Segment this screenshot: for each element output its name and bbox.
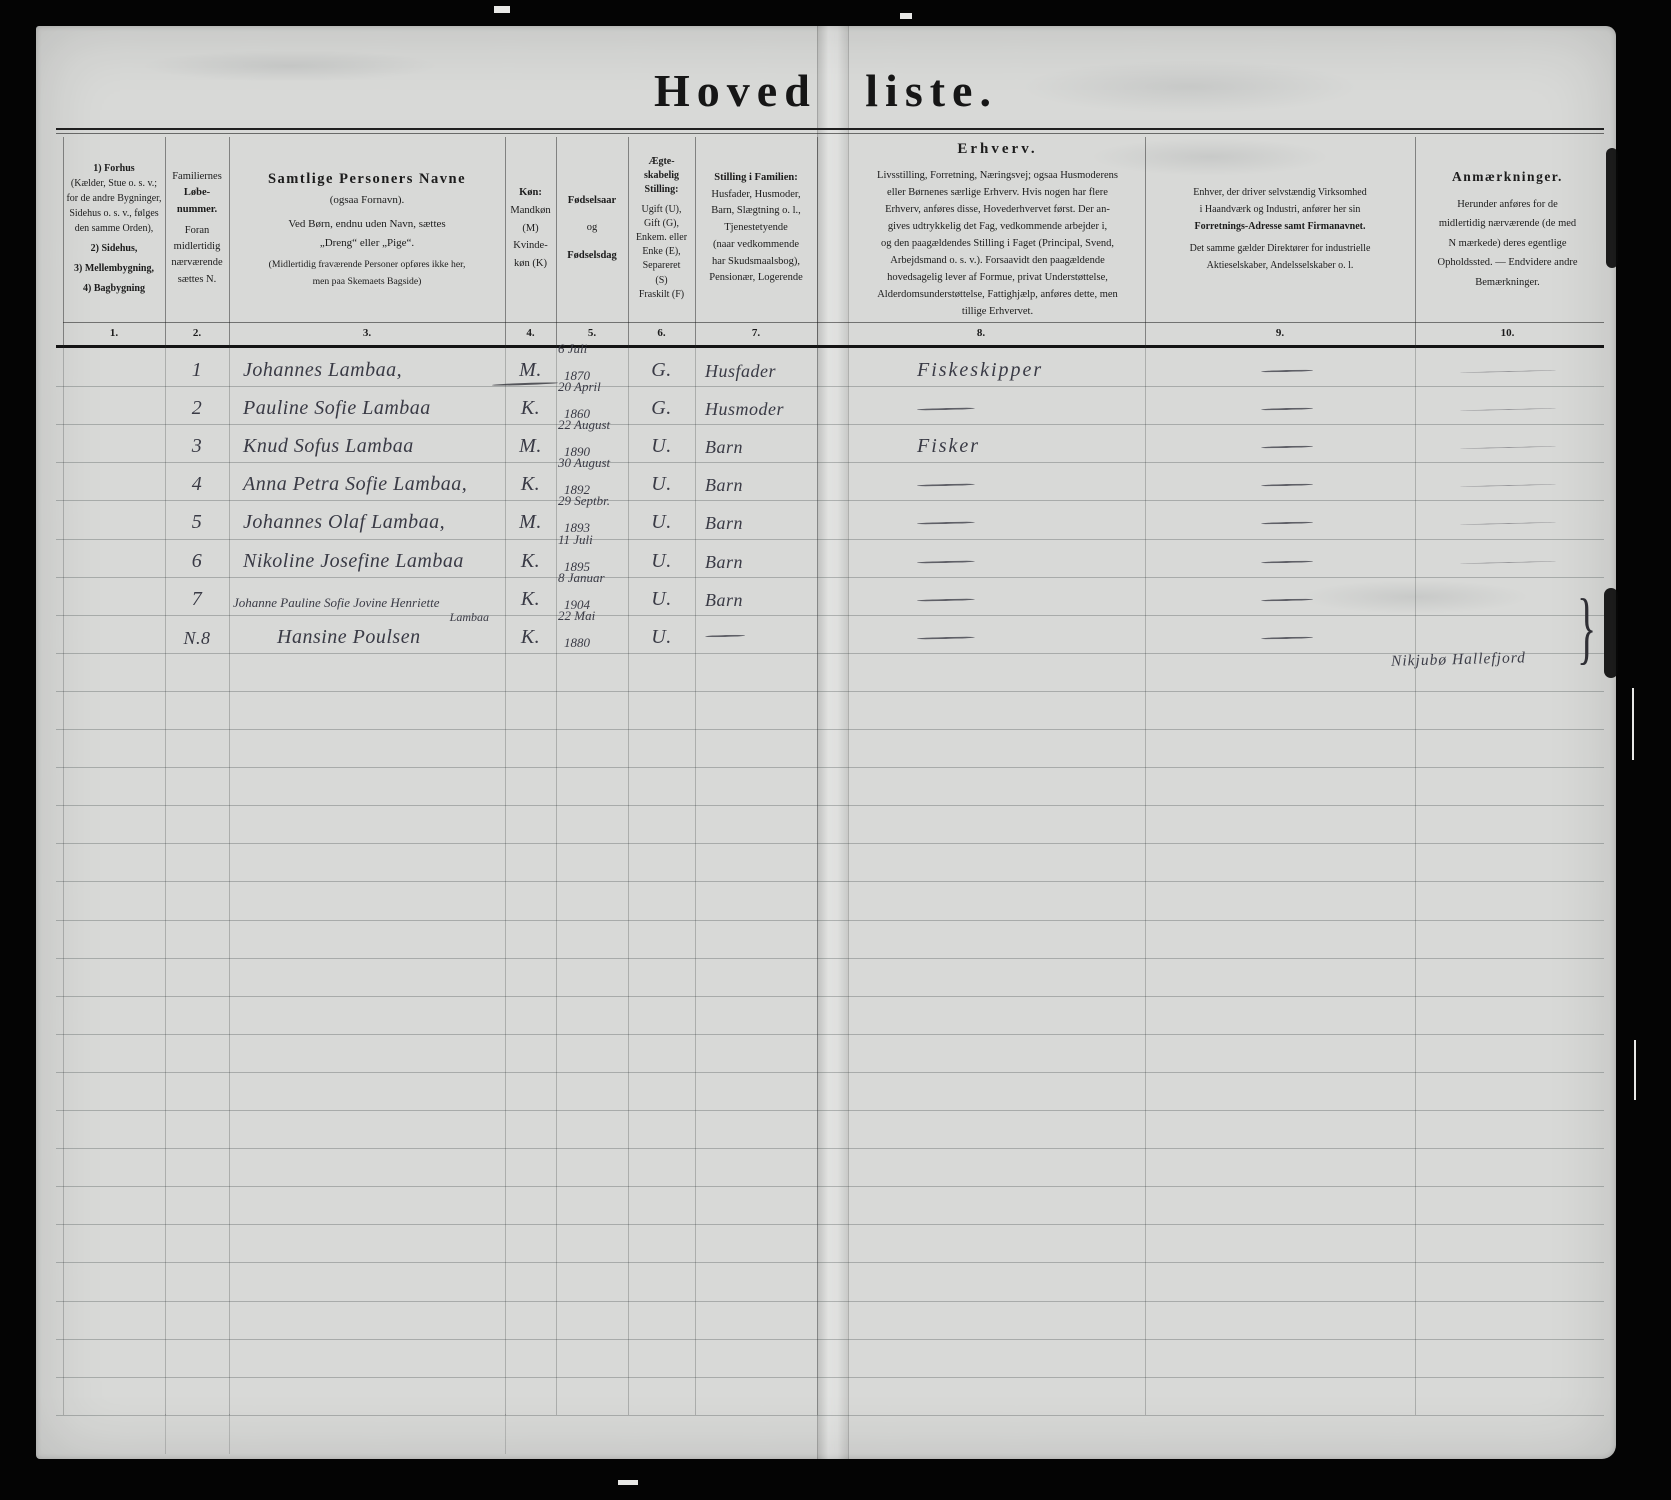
family-position-cell: Barn <box>695 462 819 500</box>
birth-day-month: 30 August <box>558 455 610 471</box>
header-line-anmaerkninger: Bemærkninger. <box>1416 273 1599 292</box>
family-position-cell: Husmoder <box>695 386 819 424</box>
name-cell: Anna Petra Sofie Lambaa, <box>229 462 529 500</box>
column-number-1: 1. <box>63 322 165 345</box>
header-line-stilling-i-familien: (naar vedkommende <box>696 237 816 254</box>
header-line-forretningsadresse: Enhver, der driver selvstændig Virksomhe… <box>1146 184 1414 201</box>
handwritten-dash <box>1261 560 1313 563</box>
sex-cell: K. <box>505 462 556 500</box>
birth-day-month: 20 April <box>558 379 601 395</box>
handwritten-dash <box>917 598 975 601</box>
family-number-cell: 7 <box>165 577 229 615</box>
occupation-cell: Fisker <box>817 424 1145 462</box>
family-number-cell: 2 <box>165 386 229 424</box>
header-line-aegteskabelig: Gift (G), <box>629 217 694 231</box>
occupation-cell <box>817 386 1145 424</box>
census-row-5: 5Johannes Olaf Lambaa,M.29 Septbr.1893U.… <box>0 500 1671 538</box>
handwritten-dash <box>917 636 975 639</box>
name-cell: Hansine Poulsen <box>229 615 529 653</box>
handwritten-dash <box>1460 560 1556 563</box>
column-header-stilling-i-familien: Stilling i Familien:Husfader, Husmoder,B… <box>695 137 817 320</box>
column-header-forretningsadresse: Enhver, der driver selvstændig Virksomhe… <box>1145 137 1415 320</box>
census-row-4: 4Anna Petra Sofie Lambaa,K.30 August1892… <box>0 462 1671 500</box>
ruled-line <box>56 1148 1604 1149</box>
birth-day-month: 8 Januar <box>558 570 605 586</box>
marital-status-cell: G. <box>628 348 695 386</box>
scan-artifact <box>1632 688 1634 760</box>
header-line-stilling-i-familien: Stilling i Familien: <box>696 170 816 187</box>
header-line-bygning: den samme Orden), <box>64 221 164 236</box>
ruled-line <box>56 1110 1604 1111</box>
census-row-3: 3Knud Sofus LambaaM.22 August1890U.BarnF… <box>0 424 1671 462</box>
header-line-navne: Ved Børn, endnu uden Navn, sættes <box>230 215 504 234</box>
header-line-erhverv: Alderdomsunderstøttelse, Fattighjælp, an… <box>851 286 1144 303</box>
header-line-erhverv: Erhverv. <box>851 137 1144 161</box>
business-address-cell <box>1145 500 1415 538</box>
header-line-forretningsadresse: Aktieselskaber, Andelsselskaber o. l. <box>1146 257 1414 274</box>
header-line-stilling-i-familien: Husfader, Husmoder, <box>696 187 816 204</box>
ruled-line <box>56 1415 1604 1416</box>
header-line-lobenummer: Løbe- <box>166 185 228 201</box>
column-line-tail <box>229 1414 230 1454</box>
header-line-aegteskabelig: Enke (E), <box>629 245 694 259</box>
birth-day-month: 22 August <box>558 417 610 433</box>
header-line-navne: (ogsaa Fornavn). <box>230 191 504 210</box>
remarks-cell <box>1415 424 1600 462</box>
birth-day-month: 29 Septbr. <box>558 493 610 509</box>
header-line-aegteskabelig: Ugift (U), <box>629 203 694 217</box>
header-line-aegteskabelig: Stilling: <box>629 183 694 197</box>
handwritten-dash <box>1460 522 1556 525</box>
handwritten-dash <box>1261 636 1313 639</box>
title-rule-thick <box>56 128 1604 130</box>
handwritten-dash <box>1460 408 1556 411</box>
header-line-lobenummer: Foran <box>166 223 228 239</box>
handwritten-dash <box>1261 446 1313 449</box>
header-line-erhverv: og den paagældendes Stilling i Faget (Pr… <box>851 235 1144 252</box>
occupation-cell <box>817 615 1145 653</box>
header-line-fodsel: Fødselsaar <box>557 190 627 212</box>
business-address-cell <box>1145 424 1415 462</box>
header-line-stilling-i-familien: Tjenestetyende <box>696 220 816 237</box>
family-position-cell: Husfader <box>695 348 819 386</box>
page-title: Hoved liste. <box>36 64 1616 117</box>
handwritten-dash <box>1261 598 1313 601</box>
header-line-aegteskabelig: Separeret <box>629 259 694 273</box>
header-line-bygning: (Kælder, Stue o. s. v.; <box>64 176 164 191</box>
marital-status-cell: U. <box>628 539 695 577</box>
marital-status-cell: U. <box>628 577 695 615</box>
column-number-10: 10. <box>1415 322 1600 345</box>
occupation-cell <box>817 577 1145 615</box>
handwritten-dash <box>1261 522 1313 525</box>
marital-status-cell: U. <box>628 615 695 653</box>
sex-cell: K. <box>505 539 556 577</box>
header-line-aegteskabelig: Enkem. eller <box>629 231 694 245</box>
torn-edge <box>1604 588 1618 678</box>
header-line-bygning: for de andre Bygninger, <box>64 191 164 206</box>
family-position-cell: Barn <box>695 500 819 538</box>
remarks-cell <box>1415 348 1600 386</box>
business-address-cell <box>1145 386 1415 424</box>
scan-artifact <box>494 6 510 13</box>
family-position-cell <box>695 615 819 653</box>
remarks-cell <box>1415 500 1600 538</box>
column-number-6: 6. <box>628 322 695 345</box>
ruled-line <box>56 729 1604 730</box>
header-line-lobenummer: sættes N. <box>166 272 228 288</box>
census-row-8: N.8Hansine PoulsenK.22 Mai1880U. <box>0 615 1671 653</box>
family-position-cell: Barn <box>695 539 819 577</box>
header-line-erhverv: gives udtrykkelig det Fag, vedkommende a… <box>851 218 1144 235</box>
column-number-9: 9. <box>1145 322 1415 345</box>
header-line-stilling-i-familien: Barn, Slægtning o. l., <box>696 203 816 220</box>
ruled-line <box>56 1377 1604 1378</box>
column-number-4: 4. <box>505 322 556 345</box>
occupation-cell <box>817 500 1145 538</box>
column-header-fodsel: FødselsaarogFødselsdag <box>556 137 628 320</box>
marital-status-cell: U. <box>628 424 695 462</box>
header-line-erhverv: Erhverv, anføres disse, Hovederhvervet f… <box>851 201 1144 218</box>
handwritten-dash <box>917 522 975 525</box>
header-line-navne: Samtlige Personers Navne <box>230 167 504 192</box>
title-rule-thin <box>56 133 1604 134</box>
business-address-cell <box>1145 539 1415 577</box>
column-header-erhverv: Erhverv.Livsstilling, Forretning, Næring… <box>817 137 1145 320</box>
header-line-erhverv: Arbejdsmand o. s. v.). Forsaavidt den pa… <box>851 252 1144 269</box>
ruled-line <box>56 767 1604 768</box>
column-header-lobenummer: FamiliernesLøbe-nummer.Foranmidlertidign… <box>165 137 229 320</box>
header-line-stilling-i-familien: har Skudsmaalsbog), <box>696 254 816 271</box>
header-line-navne: men paa Skemaets Bagside) <box>230 274 504 290</box>
name-cell: Johannes Olaf Lambaa, <box>229 500 529 538</box>
marital-status-cell: U. <box>628 500 695 538</box>
header-line-kon: Kvinde- <box>506 237 555 255</box>
family-position-cell: Barn <box>695 577 819 615</box>
census-row-7: 7Johanne Pauline Sofie Jovine HenrietteL… <box>0 577 1671 615</box>
column-header-kon: Køn:Mandkøn(M)Kvinde-køn (K) <box>505 137 556 320</box>
handwritten-dash <box>1460 370 1556 373</box>
header-line-anmaerkninger: Herunder anføres for de <box>1416 195 1599 214</box>
header-line-kon: (M) <box>506 220 555 238</box>
ruled-line <box>56 881 1604 882</box>
handwritten-dash <box>1261 408 1313 411</box>
business-address-cell <box>1145 348 1415 386</box>
ruled-line <box>56 996 1604 997</box>
column-number-7: 7. <box>695 322 817 345</box>
sex-cell: K. <box>505 386 556 424</box>
ruled-line <box>56 920 1604 921</box>
family-number-cell: 1 <box>165 348 229 386</box>
header-line-bygning: Sidehus o. s. v., følges <box>64 206 164 221</box>
scanned-census-page: Hoved liste. 1) Forhus(Kælder, Stue o. s… <box>0 0 1671 1500</box>
scan-artifact <box>618 1480 638 1485</box>
header-line-lobenummer: Familiernes <box>166 169 228 185</box>
header-line-aegteskabelig: Ægte- <box>629 155 694 169</box>
column-number-3: 3. <box>229 322 505 345</box>
sex-cell: M. <box>505 500 556 538</box>
marital-status-cell: U. <box>628 462 695 500</box>
census-row-6: 6Nikoline Josefine LambaaK.11 Juli1895U.… <box>0 539 1671 577</box>
family-number-cell: 4 <box>165 462 229 500</box>
column-header-bygning: 1) Forhus(Kælder, Stue o. s. v.;for de a… <box>63 137 165 320</box>
header-line-stilling-i-familien: Pensionær, Logerende <box>696 270 816 287</box>
ruled-line <box>56 1186 1604 1187</box>
header-line-bygning: 3) Mellembygning, <box>64 261 164 276</box>
column-line-tail <box>505 1414 506 1454</box>
header-line-anmaerkninger: Anmærkninger. <box>1416 165 1599 190</box>
header-line-bygning: 2) Sidehus, <box>64 241 164 256</box>
family-position-cell: Barn <box>695 424 819 462</box>
header-line-lobenummer: midlertidig <box>166 239 228 255</box>
name-cell: Pauline Sofie Lambaa <box>229 386 529 424</box>
header-line-erhverv: hovedsagelig lever af Formue, privat Und… <box>851 269 1144 286</box>
handwritten-dash <box>917 560 975 563</box>
header-line-kon: køn (K) <box>506 255 555 273</box>
column-header-aegteskabelig: Ægte-skabeligStilling:Ugift (U),Gift (G)… <box>628 137 695 320</box>
ruled-line <box>56 1339 1604 1340</box>
remarks-cell <box>1415 462 1600 500</box>
header-line-anmaerkninger: N mærkede) deres egentlige <box>1416 234 1599 253</box>
ruled-line <box>56 653 1604 654</box>
header-line-forretningsadresse: Forretnings-Adresse samt Firmanavnet. <box>1146 218 1414 235</box>
remarks-cell <box>1415 539 1600 577</box>
sex-cell: K. <box>505 615 556 653</box>
census-row-2: 2Pauline Sofie LambaaK.20 April1860G.Hus… <box>0 386 1671 424</box>
birth-day-month: 6 Juli <box>558 341 587 357</box>
header-line-lobenummer: nærværende <box>166 255 228 271</box>
ruled-line <box>56 1262 1604 1263</box>
occupation-cell <box>817 539 1145 577</box>
ruled-line <box>56 1072 1604 1073</box>
family-number-cell: N.8 <box>165 615 229 653</box>
marital-status-cell: G. <box>628 386 695 424</box>
header-line-bygning: 4) Bagbygning <box>64 281 164 296</box>
name-cell: Knud Sofus Lambaa <box>229 424 529 462</box>
name-cell: Johannes Lambaa, <box>229 348 529 386</box>
business-address-cell <box>1145 615 1415 653</box>
sex-cell: M. <box>505 348 556 386</box>
header-line-anmaerkninger: Opholdssted. — Endvidere andre <box>1416 253 1599 272</box>
occupation-cell: Fiskeskipper <box>817 348 1145 386</box>
column-number-2: 2. <box>165 322 229 345</box>
birth-day-month: 22 Mai <box>558 608 595 624</box>
column-header-navne: Samtlige Personers Navne(ogsaa Fornavn).… <box>229 137 505 320</box>
header-line-erhverv: tillige Erhvervet. <box>851 303 1144 320</box>
sex-cell: M. <box>505 424 556 462</box>
header-line-erhverv: Livsstilling, Forretning, Næringsvej; og… <box>851 167 1144 184</box>
column-number-8: 8. <box>817 322 1145 345</box>
business-address-cell <box>1145 462 1415 500</box>
header-line-kon: Mandkøn <box>506 202 555 220</box>
handwritten-dash <box>705 634 745 637</box>
header-line-anmaerkninger: midlertidig nærværende (de med <box>1416 214 1599 233</box>
header-line-forretningsadresse: Det samme gælder Direktører for industri… <box>1146 240 1414 257</box>
header-line-aegteskabelig: Fraskilt (F) <box>629 288 694 302</box>
census-row-1: 1Johannes Lambaa,M.6 Juli1870G.HusfaderF… <box>0 348 1671 386</box>
ruled-line <box>56 958 1604 959</box>
header-line-erhverv: eller Børnenes særlige Erhverv. Hvis nog… <box>851 184 1144 201</box>
handwritten-dash <box>917 484 975 487</box>
scan-artifact <box>900 13 912 19</box>
ruled-line <box>56 805 1604 806</box>
name-cell: Nikoline Josefine Lambaa <box>229 539 529 577</box>
remarks-cell <box>1415 386 1600 424</box>
handwritten-dash <box>1460 484 1556 487</box>
column-line-tail <box>165 1414 166 1454</box>
header-line-aegteskabelig: (S) <box>629 274 694 288</box>
handwritten-dash <box>1460 446 1556 449</box>
business-address-cell <box>1145 577 1415 615</box>
header-line-fodsel: Fødselsdag <box>557 245 627 267</box>
birth-year: 1880 <box>564 635 590 651</box>
ruled-line <box>56 1301 1604 1302</box>
column-header-anmaerkninger: Anmærkninger.Herunder anføres for demidl… <box>1415 137 1600 320</box>
birth-day-month: 11 Juli <box>558 532 593 548</box>
handwritten-dash <box>1261 369 1313 372</box>
header-line-bygning: 1) Forhus <box>64 161 164 176</box>
header-line-fodsel: og <box>557 217 627 239</box>
occupation-cell <box>817 462 1145 500</box>
handwritten-dash <box>917 407 975 410</box>
ruled-line <box>56 843 1604 844</box>
scan-artifact <box>1634 1040 1636 1100</box>
header-line-navne: (Midlertidig fraværende Personer opføres… <box>230 257 504 273</box>
ruled-line <box>56 1034 1604 1035</box>
ruled-line <box>56 1224 1604 1225</box>
handwritten-dash <box>1261 484 1313 487</box>
family-number-cell: 3 <box>165 424 229 462</box>
sex-cell: K. <box>505 577 556 615</box>
name-cell: Johanne Pauline Sofie Jovine HenrietteLa… <box>229 577 529 615</box>
family-number-cell: 5 <box>165 500 229 538</box>
header-line-aegteskabelig: skabelig <box>629 169 694 183</box>
ruled-line <box>56 691 1604 692</box>
header-line-kon: Køn: <box>506 184 555 202</box>
torn-edge <box>1606 148 1618 268</box>
family-number-cell: 6 <box>165 539 229 577</box>
header-line-lobenummer: nummer. <box>166 202 228 218</box>
header-line-navne: „Dreng“ eller „Pige“. <box>230 234 504 253</box>
header-line-forretningsadresse: i Haandværk og Industri, anfører her sin <box>1146 201 1414 218</box>
